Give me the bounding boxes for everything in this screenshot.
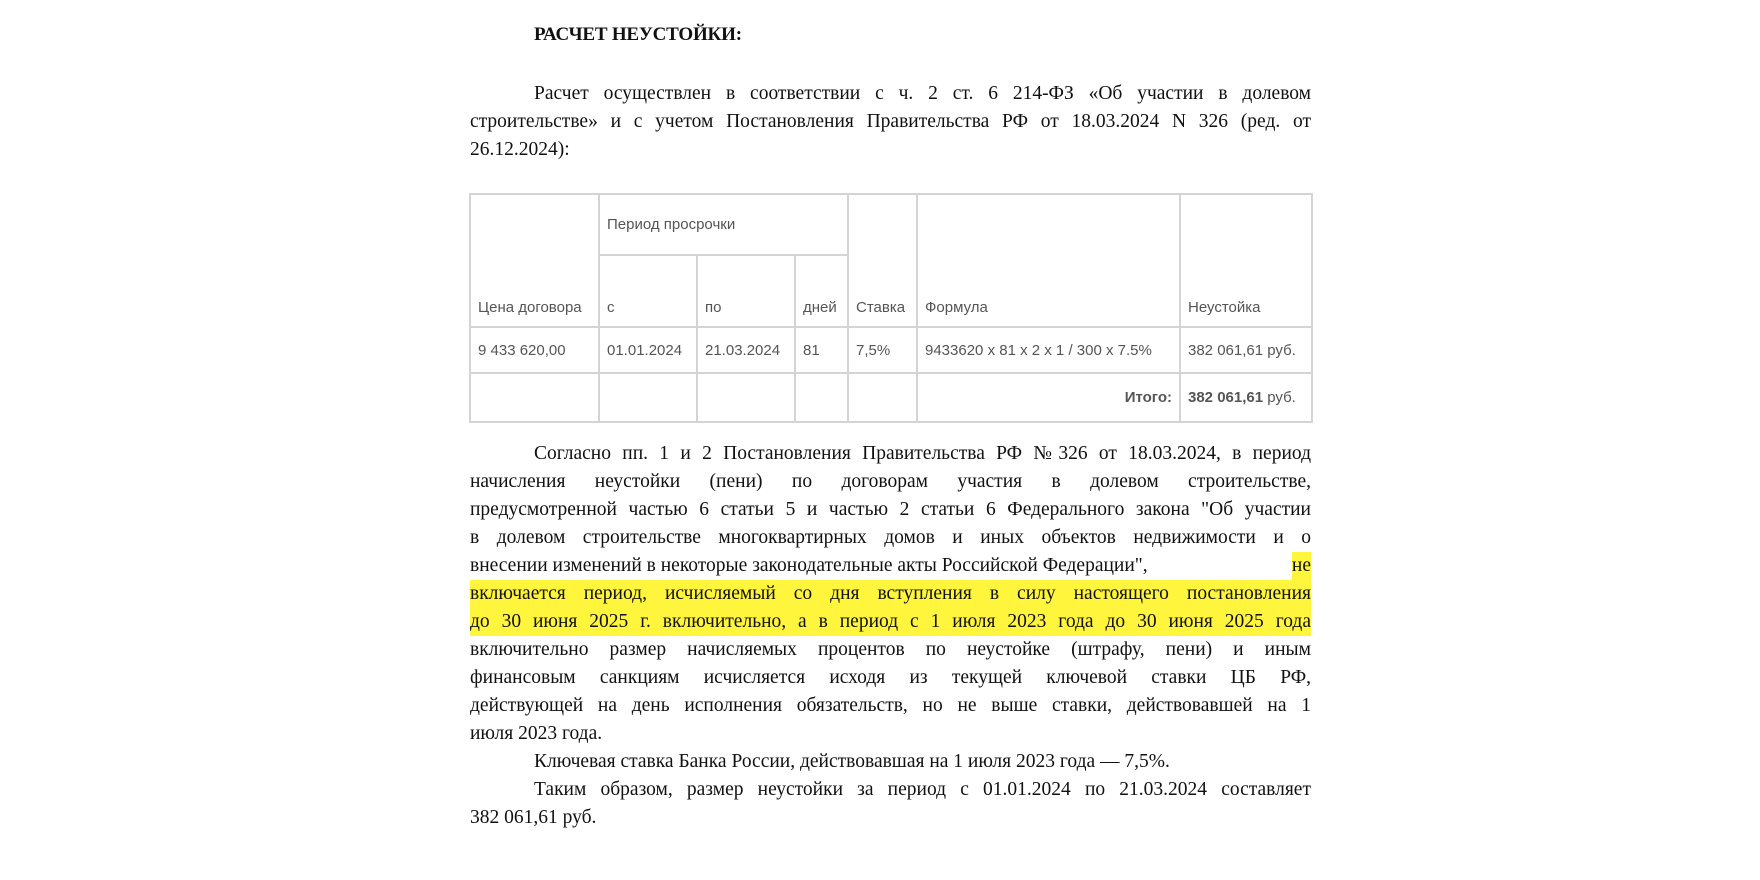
cell-empty xyxy=(599,373,697,422)
intro-line: Расчет осуществлен в соответствии с ч. 2… xyxy=(470,80,1311,108)
header-period-group: Период просрочки xyxy=(599,194,848,255)
cell-from: 01.01.2024 xyxy=(599,327,697,373)
body-line-text: внесении изменений в некоторые законодат… xyxy=(470,552,1148,580)
highlighted-text: включается период, исчисляемый со дня вс… xyxy=(470,580,1311,608)
cell-formula: 9433620 x 81 x 2 x 1 / 300 x 7.5% xyxy=(917,327,1180,373)
header-formula: Формула xyxy=(917,194,1180,327)
header-rate: Ставка xyxy=(848,194,917,327)
penalty-calculation-table: Цена договора Период просрочки Ставка Фо… xyxy=(469,193,1313,423)
total-label-cell: Итого: xyxy=(917,373,1180,422)
body-line: действующей на день исполнения обязатель… xyxy=(470,692,1311,720)
cell-to: 21.03.2024 xyxy=(697,327,795,373)
body-line: включительно размер начисляемых проценто… xyxy=(470,636,1311,664)
cell-empty xyxy=(795,373,848,422)
body-line: предусмотренной частью 6 статьи 5 и част… xyxy=(470,496,1311,524)
header-to: по xyxy=(697,255,795,327)
cell-days: 81 xyxy=(795,327,848,373)
cell-penalty: 382 061,61 руб. xyxy=(1180,327,1312,373)
total-label: Итого: xyxy=(1125,389,1172,406)
conclusion-line: Таким образом, размер неустойки за перио… xyxy=(470,776,1311,804)
cell-empty xyxy=(470,373,599,422)
highlighted-text: не xyxy=(1292,552,1311,580)
total-amount: 382 061,61 xyxy=(1188,389,1263,406)
intro-line: строительстве» и с учетом Постановления … xyxy=(470,108,1311,136)
body-line: в долевом строительстве многоквартирных … xyxy=(470,524,1311,552)
body-line: июля 2023 года. xyxy=(470,720,1311,748)
intro-line: 26.12.2024): xyxy=(470,136,1311,164)
highlighted-line: включается период, исчисляемый со дня вс… xyxy=(470,580,1311,608)
body-line: начисления неустойки (пени) по договорам… xyxy=(470,468,1311,496)
table-row: 9 433 620,00 01.01.2024 21.03.2024 81 7,… xyxy=(470,327,1312,373)
header-days: дней xyxy=(795,255,848,327)
document-page: РАСЧЕТ НЕУСТОЙКИ: Расчет осуществлен в с… xyxy=(0,0,1760,880)
table-header-row: Цена договора Период просрочки Ставка Фо… xyxy=(470,194,1312,255)
document-title: РАСЧЕТ НЕУСТОЙКИ: xyxy=(534,24,742,46)
body-line: финансовым санкциям исчисляется исходя и… xyxy=(470,664,1311,692)
header-price: Цена договора xyxy=(470,194,599,327)
highlighted-line: до 30 июня 2025 г. включительно, а в пер… xyxy=(470,608,1311,636)
cell-price: 9 433 620,00 xyxy=(470,327,599,373)
body-line: Согласно пп. 1 и 2 Постановления Правите… xyxy=(470,440,1311,468)
total-currency: руб. xyxy=(1263,389,1296,406)
key-rate-line: Ключевая ставка Банка России, действовав… xyxy=(470,748,1311,776)
highlighted-text: до 30 июня 2025 г. включительно, а в пер… xyxy=(470,608,1311,636)
total-amount-cell: 382 061,61 руб. xyxy=(1180,373,1312,422)
cell-empty xyxy=(848,373,917,422)
cell-rate: 7,5% xyxy=(848,327,917,373)
regulation-paragraph: Согласно пп. 1 и 2 Постановления Правите… xyxy=(470,440,1311,832)
intro-paragraph: Расчет осуществлен в соответствии с ч. 2… xyxy=(470,80,1311,164)
conclusion-line: 382 061,61 руб. xyxy=(470,804,1311,832)
cell-empty xyxy=(697,373,795,422)
header-from: с xyxy=(599,255,697,327)
table-total-row: Итого: 382 061,61 руб. xyxy=(470,373,1312,422)
body-line: внесении изменений в некоторые законодат… xyxy=(470,552,1311,580)
header-penalty: Неустойка xyxy=(1180,194,1312,327)
